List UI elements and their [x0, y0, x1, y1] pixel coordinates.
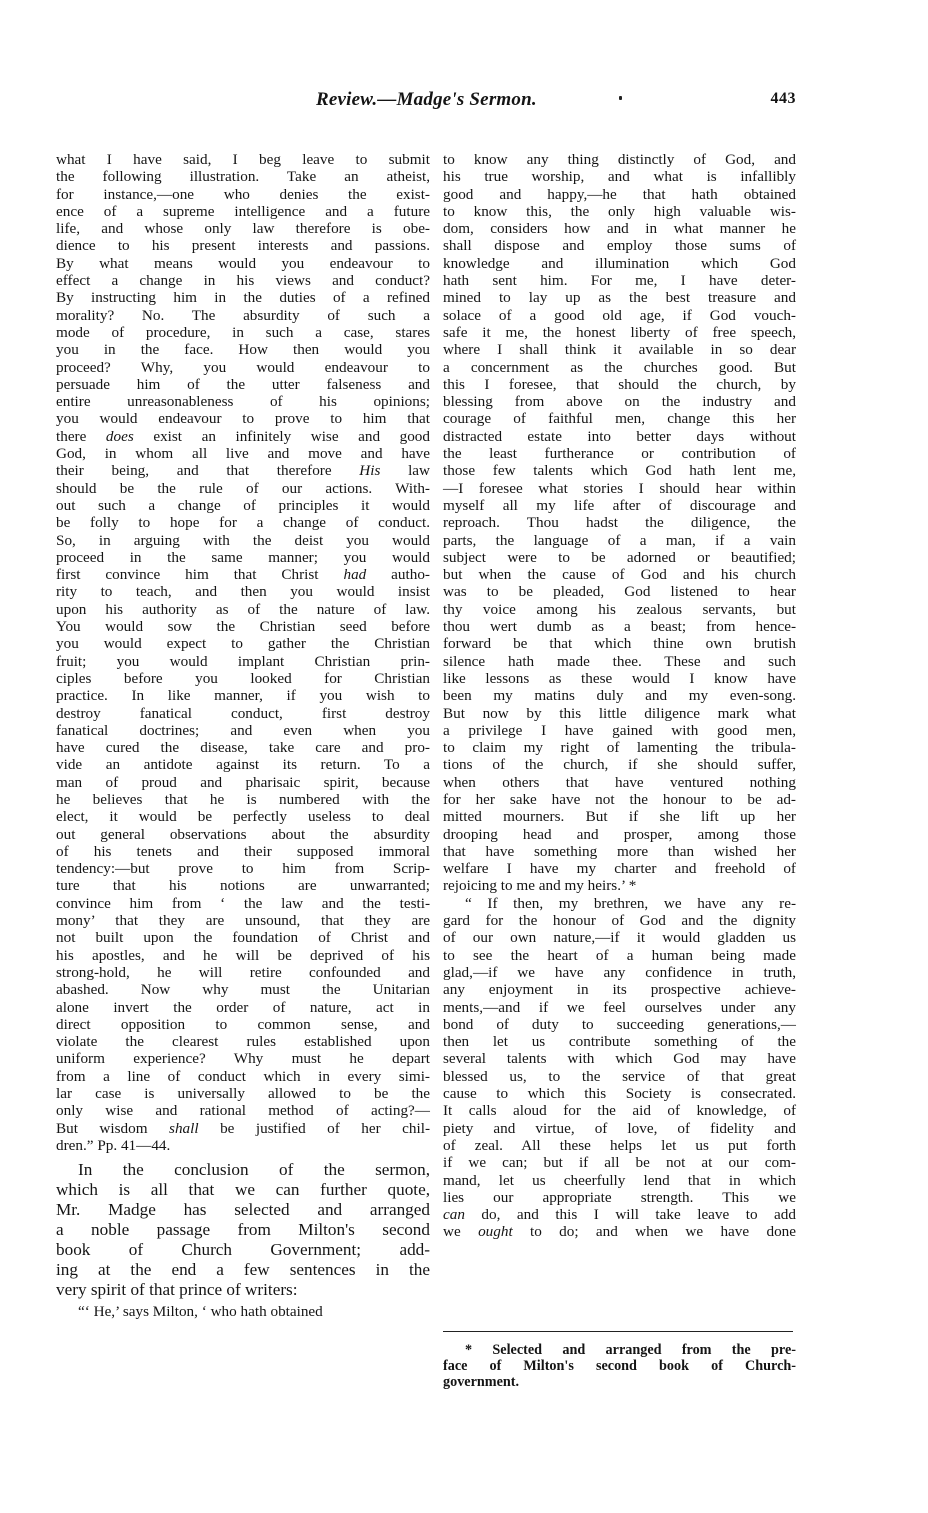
left-text-line: strong-hold, he will retire confounded a…: [56, 964, 430, 981]
right-text-line: to claim my right of lamenting the tribu…: [443, 739, 796, 756]
milton-quote-start: “‘ He,’ says Milton, ‘ who hath obtained: [56, 1303, 430, 1320]
appeal-line: of zeal. All these helps let us put fort…: [443, 1137, 796, 1154]
left-text-line: fruit; you would implant Christian prin-: [56, 653, 430, 670]
left-text-line: convince him from ‘ the law and the test…: [56, 895, 430, 912]
left-text-line: you in the face. How then would you: [56, 341, 430, 358]
left-text-line: mode of procedure, in such a case, stare…: [56, 324, 430, 341]
left-text-line: tendency:—but prove to him from Scrip-: [56, 860, 430, 877]
left-text-line: life, and whose only law therefore is ob…: [56, 220, 430, 237]
left-text-line: By instructing him in the duties of a re…: [56, 289, 430, 306]
conclusion-line: Mr. Madge has selected and arranged: [56, 1200, 430, 1220]
running-head: Review.—Madge's Sermon. 443: [316, 89, 796, 111]
left-text-line: from a line of conduct which in every si…: [56, 1068, 430, 1085]
right-text-line: thy voice among his zealous servants, bu…: [443, 601, 796, 618]
appeal-line: glad,—if we have any confidence in truth…: [443, 964, 796, 981]
right-text-line: distracted estate into better days witho…: [443, 428, 796, 445]
left-text-line: uniform experience? Why must he depart: [56, 1050, 430, 1067]
right-text-line: to know this, the only high valuable wis…: [443, 203, 796, 220]
left-text-line: morality? No. The absurdity of such a: [56, 307, 430, 324]
footnote-line: face of Milton's second book of Church-: [443, 1358, 796, 1374]
left-text-line: mony’ that they are unsound, that they a…: [56, 912, 430, 929]
left-text-line: what I have said, I beg leave to submit: [56, 151, 430, 168]
left-text-line: ence of a supreme intelligence and a fut…: [56, 203, 430, 220]
appeal-line: if we can; but if all be not at our com-: [443, 1154, 796, 1171]
right-text-line: reproach. Thou hadst the diligence, the: [443, 514, 796, 531]
left-text-line: man of proud and pharisaic spirit, becau…: [56, 774, 430, 791]
right-text-line: a concernment as the churches good. But: [443, 359, 796, 376]
right-text-line: silence hath made thee. These and such: [443, 653, 796, 670]
left-text-line: proceed in the same manner; you would: [56, 549, 430, 566]
left-text-line: you would expect to gather the Christian: [56, 635, 430, 652]
right-text-line: been my matins duly and my even-song.: [443, 687, 796, 704]
right-text-line: like lessons as these would I know have: [443, 670, 796, 687]
footnote: * Selected and arranged from the pre-fac…: [443, 1342, 796, 1390]
left-text-line: upon his authority as of the nature of l…: [56, 601, 430, 618]
right-text-line: drooping head and prosper, among those: [443, 826, 796, 843]
left-text-line: their being, and that therefore His law: [56, 462, 430, 479]
left-text-line: out such a change of principles it would: [56, 497, 430, 514]
appeal-line: any enjoyment in its prospective achieve…: [443, 981, 796, 998]
left-text-line: lar case is universally allowed to be th…: [56, 1085, 430, 1102]
left-text-line: be folly to hope for a change of conduct…: [56, 514, 430, 531]
left-text-line: should be the rule of our actions. With-: [56, 480, 430, 497]
conclusion-line: ing at the end a few sentences in the: [56, 1260, 430, 1280]
left-column: what I have said, I beg leave to submitt…: [56, 151, 430, 1321]
document-page: Review.—Madge's Sermon. 443 what I have …: [0, 0, 928, 1513]
right-text-line: forward be that which thine own brutish: [443, 635, 796, 652]
right-text-line: —I foresee what stories I should hear wi…: [443, 480, 796, 497]
left-text-line: he believes that he is numbered with the: [56, 791, 430, 808]
left-text-line: of his tenets and their supposed immoral: [56, 843, 430, 860]
left-text-line: the following illustration. Take an athe…: [56, 168, 430, 185]
right-text-line: courage of faithful men, change this her: [443, 410, 796, 427]
left-text-line: proceed? Why, you would endeavour to: [56, 359, 430, 376]
appeal-line: blessed us, to the service of that great: [443, 1068, 796, 1085]
left-text-line: first convince him that Christ had autho…: [56, 566, 430, 583]
appeal-line: then let us contribute something of the: [443, 1033, 796, 1050]
left-text-line: out general observations about the absur…: [56, 826, 430, 843]
conclusion-line: In the conclusion of the sermon,: [56, 1160, 430, 1180]
footnote-line: government.: [443, 1374, 796, 1390]
right-text-line: that have something more than wished her: [443, 843, 796, 860]
left-text-line: But wisdom shall be justified of her chi…: [56, 1120, 430, 1137]
left-text-line: elect, it would be perfectly useless to …: [56, 808, 430, 825]
appeal-line: It calls aloud for the aid of knowledge,…: [443, 1102, 796, 1119]
right-text-line: hath sent him. For me, I have deter-: [443, 272, 796, 289]
right-text-line: his true worship, and what is infallibly: [443, 168, 796, 185]
left-text-line: rity to teach, and then you would insist: [56, 583, 430, 600]
left-text-line: destroy fanatical conduct, first destroy: [56, 705, 430, 722]
right-text-line: the least furtherance or contribution of: [443, 445, 796, 462]
right-text-line: a privilege I have gained with good men,: [443, 722, 796, 739]
left-text-line: only wise and rational method of acting?…: [56, 1102, 430, 1119]
conclusion-line: very spirit of that prince of writers:: [56, 1280, 430, 1300]
appeal-line: mand, let us cheerfully lend that in whi…: [443, 1172, 796, 1189]
appeal-line: lies our appropriate strength. This we: [443, 1189, 796, 1206]
right-column: to know any thing distinctly of God, and…: [443, 151, 796, 1241]
right-text-line: thou wert dumb as a beast; from hence-: [443, 618, 796, 635]
right-text-line: those few talents which God hath lent me…: [443, 462, 796, 479]
conclusion-line: book of Church Government; add-: [56, 1240, 430, 1260]
appeal-line: “ If then, my brethren, we have any re-: [443, 895, 796, 912]
left-column-body: what I have said, I beg leave to submitt…: [56, 151, 430, 1154]
right-text-line: myself all my life after of discourage a…: [443, 497, 796, 514]
right-text-line: solace of a good old age, if God vouch-: [443, 307, 796, 324]
left-text-line: entire unreasonableness of his opinions;: [56, 393, 430, 410]
left-text-line: God, in whom all live and move and have: [56, 445, 430, 462]
right-text-line: welfare I have my charter and freehold o…: [443, 860, 796, 877]
footnote-line: * Selected and arranged from the pre-: [443, 1342, 796, 1358]
right-text-line: blessing from above on the industry and: [443, 393, 796, 410]
right-text-line: tions of the church, if she should suffe…: [443, 756, 796, 773]
conclusion-paragraph: In the conclusion of the sermon,which is…: [56, 1160, 430, 1300]
right-text-line: mitted mourners. But if she lift up her: [443, 808, 796, 825]
left-text-line: direct opposition to common sense, and: [56, 1016, 430, 1033]
right-text-line: But now by this little diligence mark wh…: [443, 705, 796, 722]
appeal-line: to see the heart of a human being made: [443, 947, 796, 964]
left-text-line: ture that his notions are unwarranted;: [56, 877, 430, 894]
appeal-line: several talents with which God may have: [443, 1050, 796, 1067]
left-text-line: dren.” Pp. 41—44.: [56, 1137, 430, 1154]
right-text-line: where I shall think it available in so d…: [443, 341, 796, 358]
left-text-line: alone invert the order of nature, act in: [56, 999, 430, 1016]
right-text-line: when others that have ventured nothing: [443, 774, 796, 791]
page-number: 443: [771, 90, 797, 108]
right-text-line: for her sake have not the honour to be a…: [443, 791, 796, 808]
right-text-line: subject were to be adorned or beautified…: [443, 549, 796, 566]
appeal-line: ments,—and if we feel ourselves under an…: [443, 999, 796, 1016]
left-text-line: vide an antidote against its return. To …: [56, 756, 430, 773]
right-text-line: dom, considers how and in what manner he: [443, 220, 796, 237]
right-text-line: knowledge and illumination which God: [443, 255, 796, 272]
milton-quote-body: to know any thing distinctly of God, and…: [443, 151, 796, 895]
right-text-line: shall dispose and employ those sums of: [443, 237, 796, 254]
appeal-line: of our own nature,—if it would gladden u…: [443, 929, 796, 946]
left-text-line: there does exist an infinitely wise and …: [56, 428, 430, 445]
appeal-line: cause to which this Society is consecrat…: [443, 1085, 796, 1102]
right-text-line: safe it me, the honest liberty of free s…: [443, 324, 796, 341]
right-text-line: parts, the language of a man, if a vain: [443, 532, 796, 549]
conclusion-line: a noble passage from Milton's second: [56, 1220, 430, 1240]
left-text-line: have cured the disease, take care and pr…: [56, 739, 430, 756]
left-text-line: fanatical doctrines; and even when you: [56, 722, 430, 739]
conclusion-line: which is all that we can further quote,: [56, 1180, 430, 1200]
appeal-line: bond of duty to succeeding generations,—: [443, 1016, 796, 1033]
footnote-rule: [443, 1331, 793, 1332]
left-text-line: persuade him of the utter falseness and: [56, 376, 430, 393]
left-text-line: effect a change in his views and conduct…: [56, 272, 430, 289]
left-text-line: you would endeavour to prove to him that: [56, 410, 430, 427]
right-text-line: to know any thing distinctly of God, and: [443, 151, 796, 168]
left-text-line: So, in arguing with the deist you would: [56, 532, 430, 549]
left-text-line: practice. In like manner, if you wish to: [56, 687, 430, 704]
right-text-line: mined to lay up as the best treasure and: [443, 289, 796, 306]
appeal-line: gard for the honour of God and the digni…: [443, 912, 796, 929]
left-text-line: By what means would you endeavour to: [56, 255, 430, 272]
right-text-line: this I foresee, that should the church, …: [443, 376, 796, 393]
right-text-line: was to be pleaded, God listened to hear: [443, 583, 796, 600]
right-text-line: but when the cause of God and his church: [443, 566, 796, 583]
appeal-line: piety and virtue, of love, of fidelity a…: [443, 1120, 796, 1137]
appeal-line: we ought to do; and when we have done: [443, 1223, 796, 1240]
right-text-line: good and happy,—he that hath obtained: [443, 186, 796, 203]
appeal-line: can do, and this I will take leave to ad…: [443, 1206, 796, 1223]
appeal-paragraph: “ If then, my brethren, we have any re-g…: [443, 895, 796, 1241]
left-text-line: abashed. Now why must the Unitarian: [56, 981, 430, 998]
left-text-line: not built upon the foundation of Christ …: [56, 929, 430, 946]
right-text-line: rejoicing to me and my heirs.’ *: [443, 877, 796, 894]
left-text-line: violate the clearest rules established u…: [56, 1033, 430, 1050]
left-text-line: ciples before you looked for Christian: [56, 670, 430, 687]
left-text-line: dience to his present interests and pass…: [56, 237, 430, 254]
running-title: Review.—Madge's Sermon.: [316, 89, 537, 111]
left-text-line: his apostles, and he will be deprived of…: [56, 947, 430, 964]
left-text-line: You would sow the Christian seed before: [56, 618, 430, 635]
left-text-line: for instance,—one who denies the exist-: [56, 186, 430, 203]
ink-speck: [619, 96, 622, 100]
